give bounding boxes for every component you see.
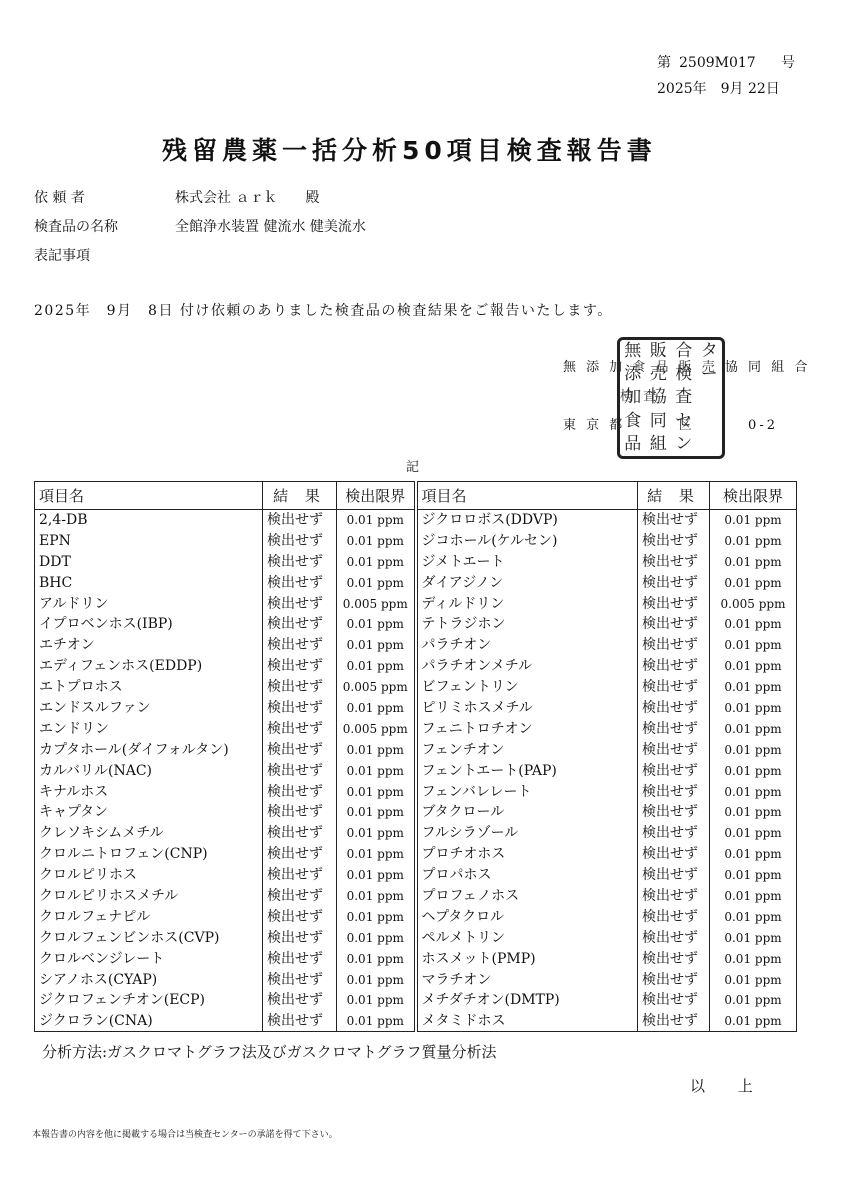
item-name: エンドリン [35, 718, 263, 739]
detection-limit: 0.01 ppm [710, 530, 797, 551]
detection-limit: 0.01 ppm [710, 551, 797, 572]
result-cell: 検出せず [638, 886, 710, 907]
table-row: クロルフェンビンホス(CVP)検出せず0.01 ppmペルメトリン検出せず0.0… [35, 927, 797, 948]
item-name: フェンチオン [416, 739, 638, 760]
detection-limit: 0.01 ppm [337, 656, 416, 677]
issue-date: 2025年 9月 22日 [657, 78, 780, 98]
detection-limit: 0.01 ppm [710, 698, 797, 719]
result-cell: 検出せず [638, 635, 710, 656]
item-name: カプタホール(ダイフォルタン) [35, 739, 263, 760]
seal-char: 加 [620, 389, 646, 406]
detection-limit: 0.01 ppm [710, 906, 797, 927]
item-name: 2,4-DB [35, 510, 263, 531]
result-cell: 検出せず [263, 906, 337, 927]
result-cell: 検出せず [638, 530, 710, 551]
seal-char: 品 [620, 436, 646, 453]
item-name: ダイアジノン [416, 572, 638, 593]
item-name: ジクロラン(CNA) [35, 1011, 263, 1032]
detection-limit: 0.01 ppm [337, 990, 416, 1011]
result-cell: 検出せず [263, 802, 337, 823]
page-title: 残留農薬一括分析50項目検査報告書 [162, 131, 657, 167]
doc-no-suffix: 号 [781, 52, 795, 72]
seal-char: タ [697, 343, 723, 360]
table-row: EPN検出せず0.01 ppmジコホール(ケルセン)検出せず0.01 ppm [35, 530, 797, 551]
table-row: ジクロフェンチオン(ECP)検出せず0.01 ppmメチダチオン(DMTP)検出… [35, 990, 797, 1011]
result-cell: 検出せず [638, 698, 710, 719]
result-cell: 検出せず [638, 1011, 710, 1032]
seal-char: 添 [620, 366, 646, 383]
detection-limit: 0.01 ppm [710, 614, 797, 635]
col-header-result: 結 果 [263, 482, 337, 510]
result-cell: 検出せず [638, 927, 710, 948]
item-name: クロルフェンビンホス(CVP) [35, 927, 263, 948]
result-cell: 検出せず [263, 530, 337, 551]
detection-limit: 0.005 ppm [710, 593, 797, 614]
detection-limit: 0.01 ppm [710, 969, 797, 990]
item-name: メチダチオン(DMTP) [416, 990, 638, 1011]
detection-limit: 0.01 ppm [710, 1011, 797, 1032]
result-cell: 検出せず [263, 572, 337, 593]
item-name: ジコホール(ケルセン) [416, 530, 638, 551]
detection-limit: 0.01 ppm [710, 886, 797, 907]
detection-limit: 0.01 ppm [710, 656, 797, 677]
col-header-result: 結 果 [638, 482, 710, 510]
result-cell: 検出せず [638, 739, 710, 760]
result-cell: 検出せず [638, 572, 710, 593]
result-cell: 検出せず [263, 718, 337, 739]
detection-limit: 0.01 ppm [337, 1011, 416, 1032]
result-cell: 検出せず [263, 948, 337, 969]
result-cell: 検出せず [638, 510, 710, 531]
table-header-row: 項目名 結 果 検出限界 項目名 結 果 検出限界 [35, 482, 797, 510]
result-cell: 検出せず [638, 906, 710, 927]
result-cell: 検出せず [638, 593, 710, 614]
seal-char: 無 [620, 343, 646, 360]
item-name: エチオン [35, 635, 263, 656]
analysis-method: 分析方法:ガスクロマトグラフ法及びガスクロマトグラフ質量分析法 [42, 1041, 496, 1062]
item-name: キャプタン [35, 802, 263, 823]
result-cell: 検出せず [263, 823, 337, 844]
result-cell: 検出せず [263, 656, 337, 677]
detection-limit: 0.01 ppm [710, 844, 797, 865]
item-name: クレソキシムメチル [35, 823, 263, 844]
detection-limit: 0.005 ppm [337, 593, 416, 614]
col-header-limit: 検出限界 [337, 482, 416, 510]
seal-char: 売 [646, 366, 672, 383]
item-name: ジメトエート [416, 551, 638, 572]
seal-char: 検 [671, 366, 697, 383]
item-name: パラチオンメチル [416, 656, 638, 677]
seal-char: 査 [671, 389, 697, 406]
table-row: ジクロラン(CNA)検出せず0.01 ppmメタミドホス検出せず0.01 ppm [35, 1011, 797, 1032]
item-name: クロルベンジレート [35, 948, 263, 969]
table-row: クロルピリホス検出せず0.01 ppmプロパホス検出せず0.01 ppm [35, 865, 797, 886]
ki-marker: 記 [406, 456, 419, 475]
result-cell: 検出せず [638, 948, 710, 969]
result-cell: 検出せず [638, 614, 710, 635]
results-table: 項目名 結 果 検出限界 項目名 結 果 検出限界 2,4-DB検出せず0.01… [34, 481, 797, 1032]
table-row: イプロベンホス(IBP)検出せず0.01 ppmテトラジホン検出せず0.01 p… [35, 614, 797, 635]
detection-limit: 0.01 ppm [337, 530, 416, 551]
detection-limit: 0.01 ppm [337, 969, 416, 990]
table-row: シアノホス(CYAP)検出せず0.01 ppmマラチオン検出せず0.01 ppm [35, 969, 797, 990]
closing-mark: 以 上 [690, 1075, 767, 1096]
detection-limit: 0.01 ppm [710, 635, 797, 656]
result-cell: 検出せず [263, 551, 337, 572]
item-name: ペルメトリン [416, 927, 638, 948]
result-cell: 検出せず [263, 635, 337, 656]
result-cell: 検出せず [638, 802, 710, 823]
detection-limit: 0.01 ppm [710, 823, 797, 844]
result-cell: 検出せず [263, 886, 337, 907]
item-name: マラチオン [416, 969, 638, 990]
result-cell: 検出せず [638, 760, 710, 781]
result-cell: 検出せず [263, 781, 337, 802]
item-name: フェンバレレート [416, 781, 638, 802]
result-cell: 検出せず [263, 614, 337, 635]
seal-char: ン [671, 436, 697, 453]
item-name: ビフェントリン [416, 677, 638, 698]
item-name: エトプロホス [35, 677, 263, 698]
item-name: フェニトロチオン [416, 718, 638, 739]
detection-limit: 0.01 ppm [337, 823, 416, 844]
detection-limit: 0.01 ppm [337, 572, 416, 593]
item-name: ピリミホスメチル [416, 698, 638, 719]
table-row: キャプタン検出せず0.01 ppmブタクロール検出せず0.01 ppm [35, 802, 797, 823]
result-cell: 検出せず [638, 718, 710, 739]
detection-limit: 0.01 ppm [710, 510, 797, 531]
result-cell: 検出せず [263, 969, 337, 990]
detection-limit: 0.005 ppm [337, 677, 416, 698]
col-header-limit: 検出限界 [710, 482, 797, 510]
detection-limit: 0.01 ppm [710, 802, 797, 823]
item-name: プロチオホス [416, 844, 638, 865]
result-cell: 検出せず [263, 1011, 337, 1032]
item-name: ブタクロール [416, 802, 638, 823]
table-row: エンドリン検出せず0.005 ppmフェニトロチオン検出せず0.01 ppm [35, 718, 797, 739]
intro-text: 2025年 9月 8日 付け依頼のありました検査品の検査結果をご報告いたします。 [34, 300, 613, 320]
detection-limit: 0.01 ppm [337, 551, 416, 572]
item-name: フルシラゾール [416, 823, 638, 844]
item-name: テトラジホン [416, 614, 638, 635]
table-body: 2,4-DB検出せず0.01 ppmジクロロボス(DDVP)検出せず0.01 p… [35, 510, 797, 1032]
item-name: クロルピリホスメチル [35, 886, 263, 907]
detection-limit: 0.01 ppm [337, 698, 416, 719]
footnote: 本報告書の内容を他に掲載する場合は当検査センターの承諾を得て下さい。 [32, 1127, 338, 1140]
item-name: アルドリン [35, 593, 263, 614]
seal-char: 組 [646, 436, 672, 453]
seal-char: 合 [671, 343, 697, 360]
result-cell: 検出せず [263, 865, 337, 886]
result-cell: 検出せず [638, 781, 710, 802]
detection-limit: 0.01 ppm [337, 948, 416, 969]
result-cell: 検出せず [263, 510, 337, 531]
item-name: プロパホス [416, 865, 638, 886]
seal-char: ー [697, 366, 723, 383]
item-name: イプロベンホス(IBP) [35, 614, 263, 635]
detection-limit: 0.01 ppm [710, 927, 797, 948]
detection-limit: 0.01 ppm [710, 781, 797, 802]
doc-no-prefix: 第 [657, 55, 671, 71]
result-cell: 検出せず [638, 969, 710, 990]
table-row: クレソキシムメチル検出せず0.01 ppmフルシラゾール検出せず0.01 ppm [35, 823, 797, 844]
detection-limit: 0.01 ppm [710, 739, 797, 760]
detection-limit: 0.01 ppm [710, 865, 797, 886]
result-cell: 検出せず [263, 593, 337, 614]
detection-limit: 0.01 ppm [337, 635, 416, 656]
detection-limit: 0.01 ppm [337, 781, 416, 802]
seal-char: 同 [646, 413, 672, 430]
col-header-name: 項目名 [35, 482, 263, 510]
table-row: クロルニトロフェン(CNP)検出せず0.01 ppmプロチオホス検出せず0.01… [35, 844, 797, 865]
item-name: ヘプタクロル [416, 906, 638, 927]
item-name: シアノホス(CYAP) [35, 969, 263, 990]
item-name: クロルニトロフェン(CNP) [35, 844, 263, 865]
seal-char: セ [671, 413, 697, 430]
detection-limit: 0.01 ppm [337, 614, 416, 635]
table-row: エンドスルファン検出せず0.01 ppmピリミホスメチル検出せず0.01 ppm [35, 698, 797, 719]
table-row: クロルベンジレート検出せず0.01 ppmホスメット(PMP)検出せず0.01 … [35, 948, 797, 969]
result-cell: 検出せず [263, 739, 337, 760]
detection-limit: 0.01 ppm [710, 572, 797, 593]
item-name: ホスメット(PMP) [416, 948, 638, 969]
doc-no-value: 2509M017 [679, 55, 756, 71]
table-row: キナルホス検出せず0.01 ppmフェンバレレート検出せず0.01 ppm [35, 781, 797, 802]
detection-limit: 0.01 ppm [710, 718, 797, 739]
item-name: ジクロロボス(DDVP) [416, 510, 638, 531]
item-name: パラチオン [416, 635, 638, 656]
seal-char: 協 [646, 389, 672, 406]
table-row: 2,4-DB検出せず0.01 ppmジクロロボス(DDVP)検出せず0.01 p… [35, 510, 797, 531]
table-row: エトプロホス検出せず0.005 ppmビフェントリン検出せず0.01 ppm [35, 677, 797, 698]
item-name: エンドスルファン [35, 698, 263, 719]
table-row: BHC検出せず0.01 ppmダイアジノン検出せず0.01 ppm [35, 572, 797, 593]
result-cell: 検出せず [638, 551, 710, 572]
item-name: カルバリル(NAC) [35, 760, 263, 781]
item-name: エディフェンホス(EDDP) [35, 656, 263, 677]
seal-char: 食 [620, 413, 646, 430]
document-number: 第2509M017号 [657, 52, 756, 72]
item-name: EPN [35, 530, 263, 551]
item-name: フェントエート(PAP) [416, 760, 638, 781]
detection-limit: 0.01 ppm [337, 906, 416, 927]
item-name: クロルフェナピル [35, 906, 263, 927]
table-row: カルバリル(NAC)検出せず0.01 ppmフェントエート(PAP)検出せず0.… [35, 760, 797, 781]
result-cell: 検出せず [638, 656, 710, 677]
result-cell: 検出せず [263, 990, 337, 1011]
detection-limit: 0.01 ppm [710, 760, 797, 781]
result-cell: 検出せず [263, 698, 337, 719]
sample-name-label: 検査品の名称 [34, 216, 118, 236]
item-name: メタミドホス [416, 1011, 638, 1032]
seal-stamp: 無 販 合 タ 添 売 検 ー 加 協 査 食 同 セ 品 組 ン [617, 337, 725, 459]
item-name: クロルピリホス [35, 865, 263, 886]
item-name: ディルドリン [416, 593, 638, 614]
item-name: キナルホス [35, 781, 263, 802]
item-name: BHC [35, 572, 263, 593]
result-cell: 検出せず [263, 760, 337, 781]
result-cell: 検出せず [638, 865, 710, 886]
table-row: エチオン検出せず0.01 ppmパラチオン検出せず0.01 ppm [35, 635, 797, 656]
detection-limit: 0.01 ppm [337, 844, 416, 865]
detection-limit: 0.01 ppm [337, 802, 416, 823]
result-cell: 検出せず [263, 844, 337, 865]
col-header-name: 項目名 [416, 482, 638, 510]
item-name: ジクロフェンチオン(ECP) [35, 990, 263, 1011]
requester-label: 依 頼 者 [34, 187, 85, 207]
requester-value: 株式会社 ａｒｋ 殿 [175, 187, 319, 207]
table-row: クロルフェナピル検出せず0.01 ppmヘプタクロル検出せず0.01 ppm [35, 906, 797, 927]
result-cell: 検出せず [638, 844, 710, 865]
detection-limit: 0.01 ppm [337, 760, 416, 781]
detection-limit: 0.005 ppm [337, 718, 416, 739]
detection-limit: 0.01 ppm [710, 990, 797, 1011]
detection-limit: 0.01 ppm [337, 510, 416, 531]
item-name: DDT [35, 551, 263, 572]
seal-char: 販 [646, 343, 672, 360]
table-row: エディフェンホス(EDDP)検出せず0.01 ppmパラチオンメチル検出せず0.… [35, 656, 797, 677]
sample-name-value: 全館浄水装置 健流水 健美流水 [175, 216, 366, 236]
result-cell: 検出せず [263, 927, 337, 948]
result-cell: 検出せず [638, 677, 710, 698]
detection-limit: 0.01 ppm [337, 739, 416, 760]
result-cell: 検出せず [638, 823, 710, 844]
table-row: カプタホール(ダイフォルタン)検出せず0.01 ppmフェンチオン検出せず0.0… [35, 739, 797, 760]
detection-limit: 0.01 ppm [710, 677, 797, 698]
detection-limit: 0.01 ppm [710, 948, 797, 969]
detection-limit: 0.01 ppm [337, 886, 416, 907]
notation-label: 表記事項 [34, 245, 90, 265]
table-row: アルドリン検出せず0.005 ppmディルドリン検出せず0.005 ppm [35, 593, 797, 614]
item-name: プロフェノホス [416, 886, 638, 907]
result-cell: 検出せず [263, 677, 337, 698]
detection-limit: 0.01 ppm [337, 865, 416, 886]
table-row: DDT検出せず0.01 ppmジメトエート検出せず0.01 ppm [35, 551, 797, 572]
detection-limit: 0.01 ppm [337, 927, 416, 948]
table-row: クロルピリホスメチル検出せず0.01 ppmプロフェノホス検出せず0.01 pp… [35, 886, 797, 907]
result-cell: 検出せず [638, 990, 710, 1011]
